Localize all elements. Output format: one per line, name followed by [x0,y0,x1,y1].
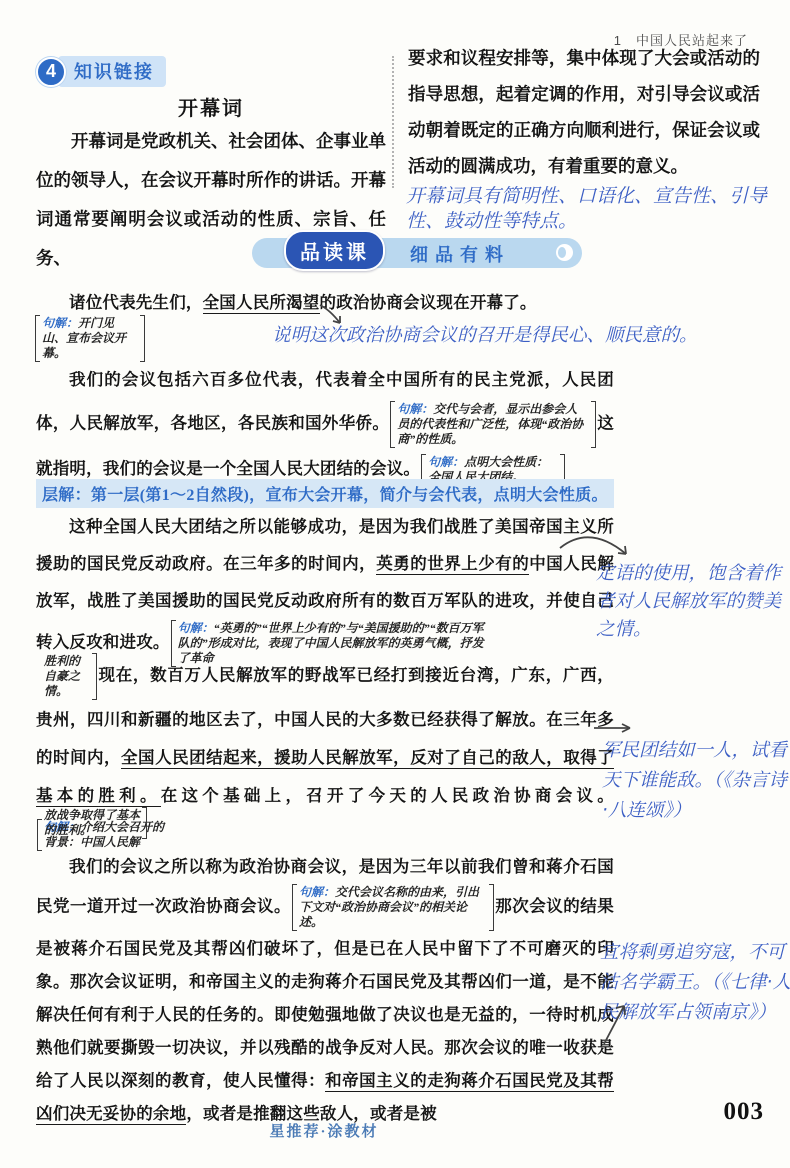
page-footer-brand: 星推荐·涂教材 [224,1120,424,1141]
note-label: 句解： [428,455,464,469]
underlined-text: 英勇的世界上少有的 [376,554,529,575]
layer-note-text: 第一层(第1～2自然段)，宣布大会开幕，简介与会代表，点明大会性质。 [91,487,608,504]
margin-note-continuation-2: 放战争取得了基本的胜利。 [36,806,148,840]
annotation-arrow-right-icon [592,720,640,736]
note-label: 句解： [178,621,214,635]
column-divider [392,56,394,188]
underlined-text: 全国人民所渴望 [203,293,320,314]
paragraph-2: 我们的会议包括六百多位代表，代表着全中国所有的民主党派，人民团体，人民解放军，各… [36,360,614,489]
note-label: 句解： [397,402,433,416]
sentence-note: 句解：交代会议名称的由来，引出下文对“政治协商会议”的相关论述。 [291,883,495,932]
sentence-note-margin: 句解：开门见山、宣布会议开幕。 [34,314,146,363]
body-text: 在这个基础上，召开了今天的人民政治协商会议。 [161,786,614,805]
handwritten-note-traits: 开幕词具有简明性、口语化、宣告性、引导性、鼓动性等特点。 [406,184,776,234]
handwritten-note-p1: 说明这次政治协商会议的召开是得民心、顺民意的。 [272,324,784,348]
badge-label: 知识链接 [58,56,166,87]
sentence-note: 句解：交代与会者，显示出参会人员的代表性和广泛性，体现“政治协商”的性质。 [389,400,597,449]
badge-number: 4 [36,57,66,87]
body-text: 的政治协商会议现在开幕了。 [320,293,537,312]
paragraph-3: 这种全国人民大团结之所以能够成功，是因为我们战胜了美国帝国主义所援助的国民党反动… [36,508,614,668]
page-number: 003 [724,1098,765,1126]
banner-subtitle: 细品有料 [410,241,510,267]
section-title: 开幕词 [36,92,386,121]
handwritten-note-a: 定语的使用，饱含着作者对人民解放军的赞美之情。 [596,560,790,644]
margin-note-continuation: 胜利的自豪之情。 [36,652,98,701]
body-text: 诸位代表先生们， [69,293,203,312]
banner-deco-circle-icon [556,244,573,261]
banner-tab: 品读课 [284,230,385,271]
note-label: 句解： [299,885,335,899]
handwritten-note-b: 军民团结如一人，试看天下谁能敌。（《杂言诗·八连颂》） [602,736,790,826]
paragraph-5: 我们的会议之所以称为政治协商会议，是因为三年以前我们曾和蒋介石国民党一道开过一次… [36,850,614,1130]
knowledge-link-badge: 4 知识链接 [36,56,166,87]
layer-note-label: 层解： [42,487,91,504]
knowledge-right-text: 要求和议程安排等，集中体现了大会或活动的指导思想，起着定调的作用，对引导会议或活… [408,40,760,184]
reading-banner: 品读课 细品有料 [252,238,582,268]
textbook-page: 1 中国人民站起来了 4 知识链接 开幕词 开幕词是党政机关、社会团体、企事业单… [0,0,790,1168]
note-label: 句解： [42,316,78,330]
annotation-arrow-curved-icon [556,524,646,564]
layer-note: 层解：第一层(第1～2自然段)，宣布大会开幕，简介与会代表，点明大会性质。 [36,479,614,508]
annotation-arrow-up-icon [598,1000,630,1048]
